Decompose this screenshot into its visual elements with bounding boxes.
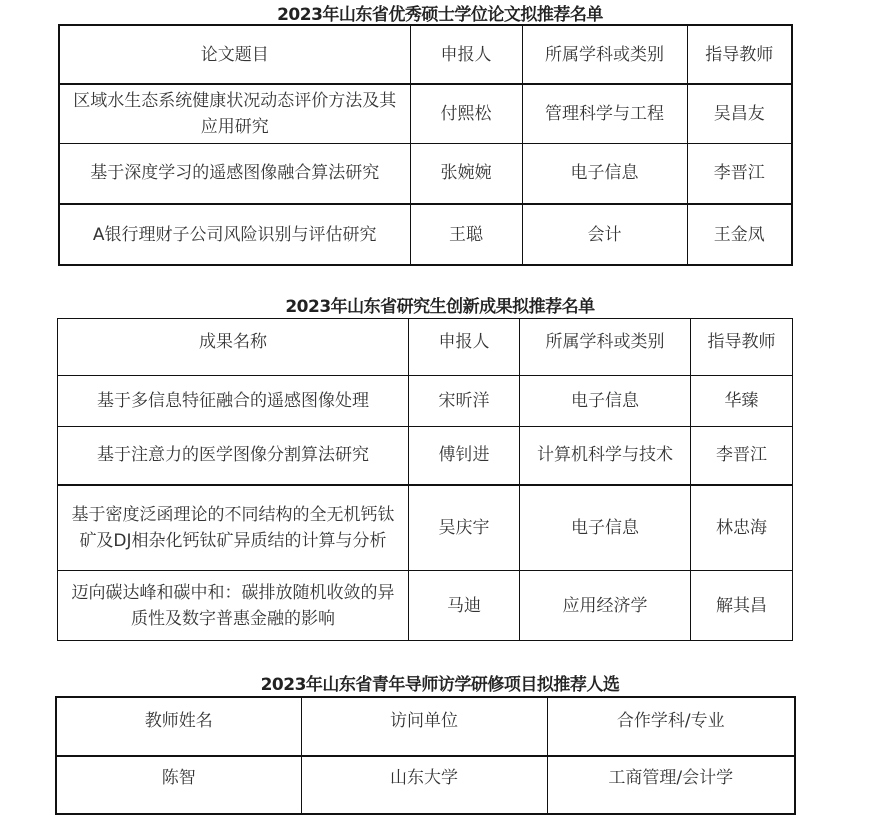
advisor: 华臻 (691, 376, 793, 427)
table-header-row: 教师姓名 访问单位 合作学科/专业 (56, 697, 795, 756)
header-cell: 论文题目 (59, 25, 410, 84)
table-row: 区域水生态系统健康状况动态评价方法及其应用研究 付熙松 管理科学与工程 吴昌友 (59, 84, 792, 143)
table-row: 陈智 山东大学 工商管理/会计学 (56, 756, 795, 814)
applicant: 马迪 (409, 571, 520, 641)
table-row: 基于密度泛函理论的不同结构的全无机钙钛矿及DJ相杂化钙钛矿异质结的计算与分析 吴… (58, 485, 793, 571)
advisor: 吴昌友 (687, 84, 792, 143)
header-cell: 访问单位 (301, 697, 547, 756)
achievement-title: 基于密度泛函理论的不同结构的全无机钙钛矿及DJ相杂化钙钛矿异质结的计算与分析 (58, 485, 409, 571)
teacher-name: 陈智 (56, 756, 301, 814)
applicant: 宋昕洋 (409, 376, 520, 427)
visiting-scholar-table: 教师姓名 访问单位 合作学科/专业 陈智 山东大学 工商管理/会计学 (55, 696, 796, 815)
section2-title: 2023年山东省研究生创新成果拟推荐名单 (0, 292, 880, 317)
header-cell: 教师姓名 (56, 697, 301, 756)
advisor: 解其昌 (691, 571, 793, 641)
header-cell: 申报人 (409, 319, 520, 376)
advisor: 王金凤 (687, 204, 792, 265)
table-row: 基于深度学习的遥感图像融合算法研究 张婉婉 电子信息 李晋江 (59, 143, 792, 204)
discipline: 应用经济学 (520, 571, 691, 641)
discipline: 电子信息 (520, 376, 691, 427)
discipline: 会计 (522, 204, 687, 265)
header-cell: 合作学科/专业 (547, 697, 795, 756)
header-cell: 指导教师 (687, 25, 792, 84)
header-cell: 成果名称 (58, 319, 409, 376)
discipline: 管理科学与工程 (522, 84, 687, 143)
applicant: 傅钊进 (409, 427, 520, 485)
table-row: 基于注意力的医学图像分割算法研究 傅钊进 计算机科学与技术 李晋江 (58, 427, 793, 485)
table-row: 迈向碳达峰和碳中和：碳排放随机收敛的异质性及数字普惠金融的影响 马迪 应用经济学… (58, 571, 793, 641)
discipline: 电子信息 (520, 485, 691, 571)
thesis-title: 区域水生态系统健康状况动态评价方法及其应用研究 (59, 84, 410, 143)
discipline: 电子信息 (522, 143, 687, 204)
discipline: 计算机科学与技术 (520, 427, 691, 485)
table-header-row: 论文题目 申报人 所属学科或类别 指导教师 (59, 25, 792, 84)
applicant: 王聪 (410, 204, 522, 265)
section1-title: 2023年山东省优秀硕士学位论文拟推荐名单 (0, 0, 880, 25)
header-cell: 指导教师 (691, 319, 793, 376)
visiting-unit: 山东大学 (301, 756, 547, 814)
applicant: 张婉婉 (410, 143, 522, 204)
achievement-title: 迈向碳达峰和碳中和：碳排放随机收敛的异质性及数字普惠金融的影响 (58, 571, 409, 641)
thesis-title: A银行理财子公司风险识别与评估研究 (59, 204, 410, 265)
table-header-row: 成果名称 申报人 所属学科或类别 指导教师 (58, 319, 793, 376)
table-row: A银行理财子公司风险识别与评估研究 王聪 会计 王金凤 (59, 204, 792, 265)
achievement-title: 基于多信息特征融合的遥感图像处理 (58, 376, 409, 427)
thesis-table: 论文题目 申报人 所属学科或类别 指导教师 区域水生态系统健康状况动态评价方法及… (58, 24, 793, 266)
applicant: 付熙松 (410, 84, 522, 143)
header-cell: 申报人 (410, 25, 522, 84)
applicant: 吴庆宇 (409, 485, 520, 571)
header-cell: 所属学科或类别 (520, 319, 691, 376)
header-cell: 所属学科或类别 (522, 25, 687, 84)
achievement-title: 基于注意力的医学图像分割算法研究 (58, 427, 409, 485)
innovation-table: 成果名称 申报人 所属学科或类别 指导教师 基于多信息特征融合的遥感图像处理 宋… (57, 318, 793, 641)
advisor: 李晋江 (687, 143, 792, 204)
table-row: 基于多信息特征融合的遥感图像处理 宋昕洋 电子信息 华臻 (58, 376, 793, 427)
advisor: 林忠海 (691, 485, 793, 571)
advisor: 李晋江 (691, 427, 793, 485)
section3-title: 2023年山东省青年导师访学研修项目拟推荐人选 (0, 670, 880, 695)
thesis-title: 基于深度学习的遥感图像融合算法研究 (59, 143, 410, 204)
cooperation-discipline: 工商管理/会计学 (547, 756, 795, 814)
